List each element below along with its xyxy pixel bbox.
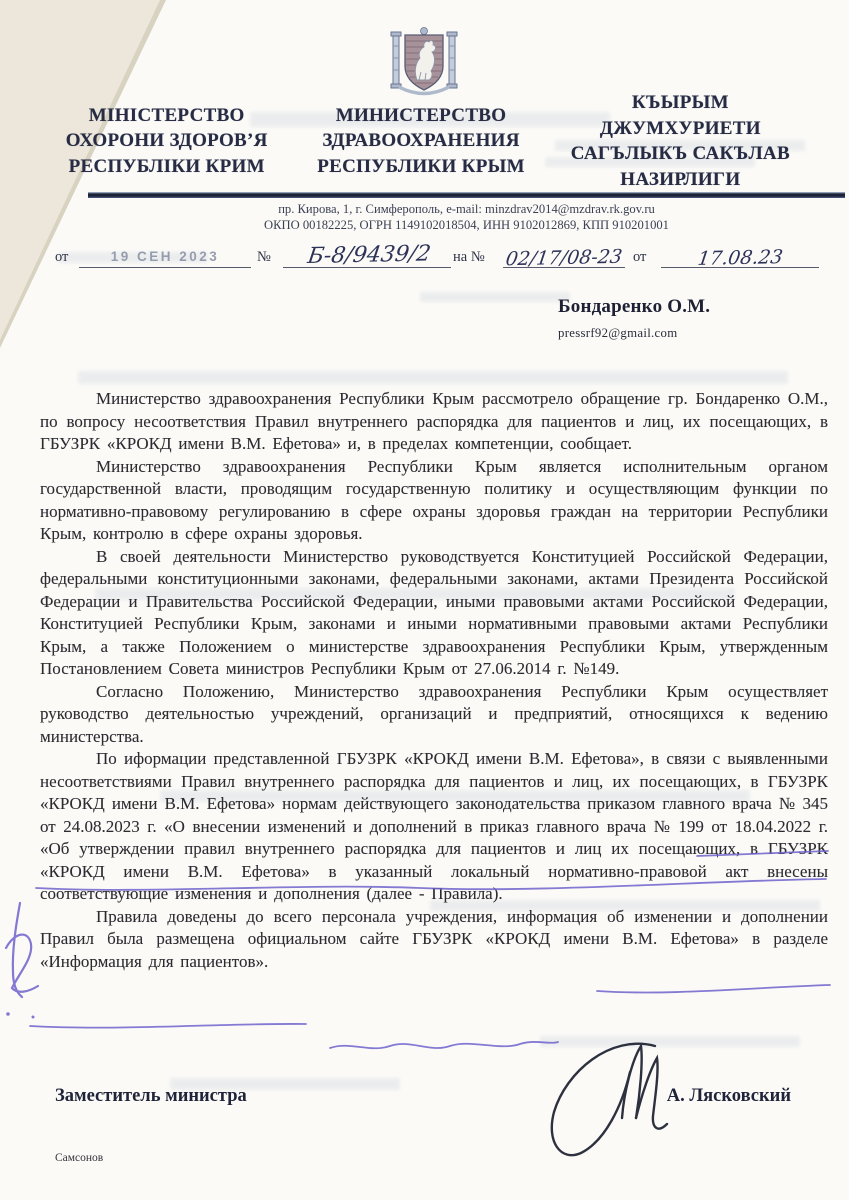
address-line: пр. Кирова, 1, г. Симферополь, e-mail: m… [88, 202, 845, 218]
ministry-uk-line: ОХОРОНИ ЗДОРОВ’Я [42, 128, 291, 154]
pen-dot [32, 1016, 35, 1019]
ministry-crh-line: ДЖУМХУРИЕТИ [551, 116, 810, 142]
recipient-email: pressrf92@gmail.com [558, 326, 788, 341]
from-label: от [55, 249, 68, 266]
paragraph: В своей деятельности Министерство руково… [40, 546, 828, 681]
ministry-ru-line: МИНИСТЕРСТВО [291, 103, 550, 129]
letterhead-titles: МІНІСТЕРСТВО ОХОРОНИ ЗДОРОВ’Я РЕСПУБЛІКИ… [42, 90, 810, 192]
outgoing-number-handwriting: Б-8/9439/2 [306, 241, 432, 269]
pen-dot [6, 1012, 10, 1016]
date-stamp: 19 СЕН 2023 [111, 249, 220, 264]
ministry-ru-line: ЗДРАВООХРАНЕНИЯ [291, 128, 550, 154]
paragraph: По иформации представленной ГБУЗРК «КРОК… [40, 748, 828, 906]
signer-position-title: Заместитель министра [55, 1086, 247, 1107]
signature-row: Заместитель министра А. Лясковский [55, 1086, 791, 1107]
ministry-uk-line: МІНІСТЕРСТВО [42, 103, 291, 129]
contact-block: пр. Кирова, 1, г. Симферополь, e-mail: m… [88, 202, 845, 233]
margin-annotation [6, 935, 38, 992]
ministry-title-ukrainian: МІНІСТЕРСТВО ОХОРОНИ ЗДОРОВ’Я РЕСПУБЛІКИ… [42, 103, 291, 180]
ministry-crh-line: НАЗИРЛИГИ [551, 167, 810, 193]
margin-annotation [13, 903, 22, 997]
pen-underline [30, 1024, 306, 1028]
ministry-crh-line: КЪЫРЫМ [551, 90, 810, 116]
reply-to-label: на № [453, 249, 485, 266]
ministry-title-russian: МИНИСТЕРСТВО ЗДРАВООХРАНЕНИЯ РЕСПУБЛИКИ … [291, 103, 550, 180]
ministry-crh-line: САГЪЛЫКЪ САКЪЛАВ [551, 141, 810, 167]
bleedthrough-smudge [540, 1036, 800, 1047]
outgoing-date-field: 19 СЕН 2023 [79, 235, 251, 268]
pen-underline [597, 985, 830, 992]
letter-body: Министерство здравоохранения Республики … [40, 388, 828, 973]
pen-underline-wavy [330, 1042, 558, 1048]
paragraph: Согласно Положению, Министерство здравоо… [40, 681, 828, 749]
codes-line: ОКПО 00182225, ОГРН 1149102018504, ИНН 9… [88, 218, 845, 234]
bleedthrough-smudge [78, 371, 788, 384]
paragraph: Министерство здравоохранения Республики … [40, 456, 828, 546]
paragraph: Министерство здравоохранения Республики … [40, 388, 828, 456]
signer-name: А. Лясковский [667, 1086, 791, 1107]
ministry-ru-line: РЕСПУБЛИКИ КРЫМ [291, 154, 550, 180]
recipient-block: Бондаренко О.М. pressrf92@gmail.com [558, 296, 788, 341]
outgoing-number-field: Б-8/9439/2 [283, 235, 451, 268]
letterhead-rule [88, 192, 845, 198]
bleedthrough-smudge [420, 292, 570, 302]
reference-line: от 19 СЕН 2023 № Б-8/9439/2 на № 02/17/0… [55, 234, 835, 268]
incoming-number-handwriting: 02/17/08-23 [504, 246, 623, 270]
executor-name: Самсонов [55, 1152, 103, 1164]
incoming-date-field: 17.08.23 [661, 235, 819, 268]
reply-from-label: от [633, 249, 646, 266]
ministry-uk-line: РЕСПУБЛІКИ КРИМ [42, 154, 291, 180]
ministry-title-crimean-tatar: КЪЫРЫМ ДЖУМХУРИЕТИ САГЪЛЫКЪ САКЪЛАВ НАЗИ… [551, 90, 810, 192]
scanned-letter-page: МІНІСТЕРСТВО ОХОРОНИ ЗДОРОВ’Я РЕСПУБЛІКИ… [0, 0, 849, 1200]
number-label: № [257, 249, 271, 266]
paragraph: Правила доведены до всего персонала учре… [40, 906, 828, 974]
recipient-name: Бондаренко О.М. [558, 296, 788, 318]
incoming-date-handwriting: 17.08.23 [696, 246, 784, 270]
incoming-number-field: 02/17/08-23 [503, 235, 625, 268]
